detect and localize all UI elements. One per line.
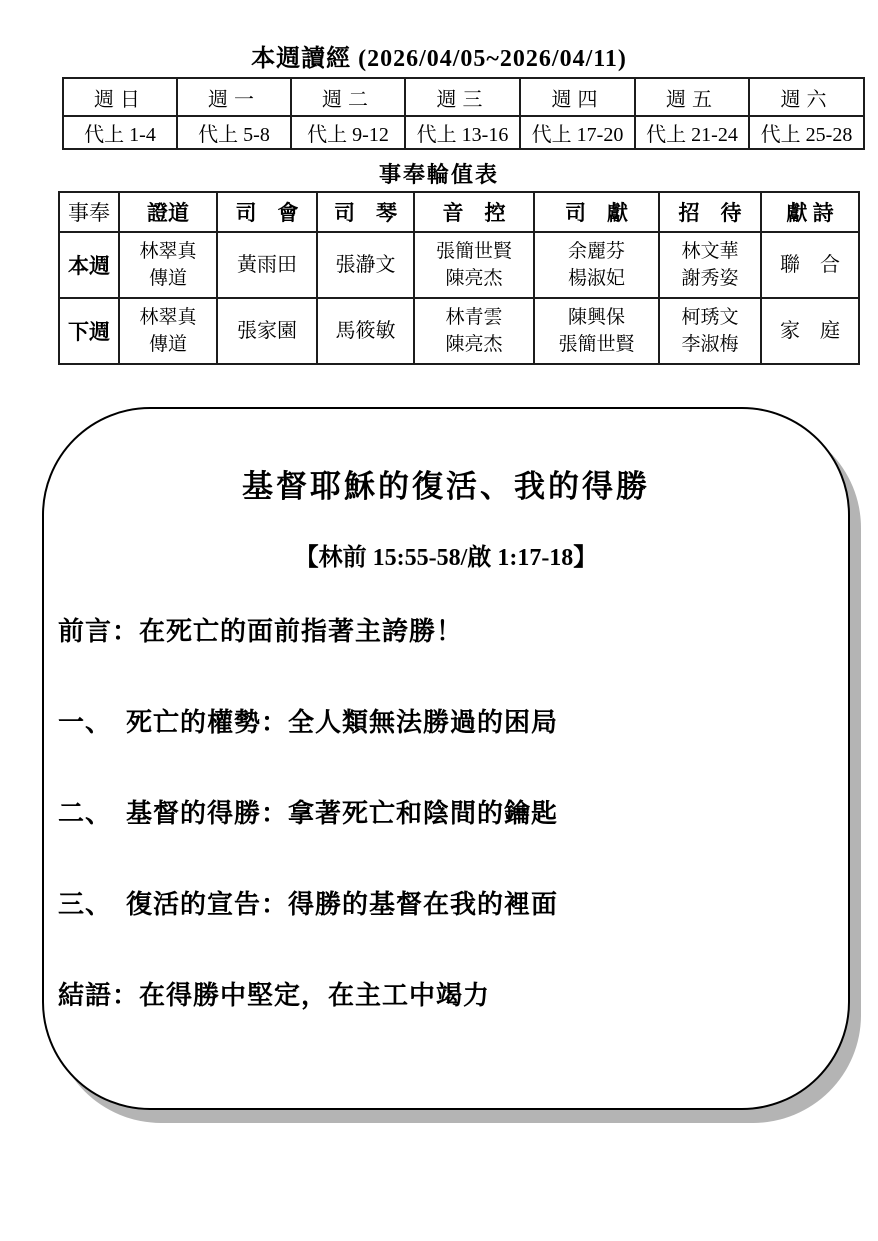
roster-name: 楊淑妃	[536, 265, 657, 292]
roster-col-header: 司 琴	[317, 192, 414, 232]
sermon-conclusion-line: 結語：在得勝中堅定，在主工中竭力	[58, 975, 818, 1012]
roster-name: 李淑梅	[661, 331, 759, 358]
roster-name: 林翠真	[121, 304, 215, 331]
sermon-scripture-reference: 【林前 15:55-58/啟 1:17-18】	[44, 537, 848, 572]
reading-passage: 代上 9-12	[291, 116, 405, 149]
roster-header-row: 事奉 證道 司 會 司 琴 音 控 司 獻 招 待 獻 詩	[59, 192, 859, 232]
roster-cell: 黃雨田	[217, 232, 317, 298]
roster-name: 聯 合	[763, 252, 857, 279]
roster-title: 事奉輪值表	[0, 158, 878, 189]
roster-name: 陳亮杰	[416, 331, 532, 358]
roster-name: 張家園	[219, 318, 315, 345]
sermon-point-3: 三、 復活的宣告：得勝的基督在我的裡面	[58, 884, 818, 921]
roster-name: 余麗芬	[536, 238, 657, 265]
roster-cell: 林青雲 陳亮杰	[414, 298, 534, 364]
roster-name: 家 庭	[763, 318, 857, 345]
roster-col-header: 招 待	[659, 192, 761, 232]
roster-corner-label: 事奉	[59, 192, 119, 232]
roster-row-label: 本週	[59, 232, 119, 298]
reading-day: 週五	[635, 78, 749, 116]
roster-col-header: 證道	[119, 192, 217, 232]
roster-name: 林青雲	[416, 304, 532, 331]
roster-table: 事奉 證道 司 會 司 琴 音 控 司 獻 招 待 獻 詩 本週 林翠真 傳道 …	[58, 191, 860, 365]
roster-cell: 林文華 謝秀姿	[659, 232, 761, 298]
roster-col-header: 獻 詩	[761, 192, 859, 232]
bulletin-page: 本週讀經 (2026/04/05~2026/04/11) 週日 週一 週二 週三…	[0, 0, 878, 1241]
roster-col-header: 司 會	[217, 192, 317, 232]
sermon-point-1: 一、 死亡的權勢：全人類無法勝過的困局	[58, 702, 818, 739]
roster-cell: 張簡世賢 陳亮杰	[414, 232, 534, 298]
reading-day: 週日	[63, 78, 177, 116]
roster-name: 張簡世賢	[416, 238, 532, 265]
roster-col-header: 音 控	[414, 192, 534, 232]
reading-passage: 代上 25-28	[749, 116, 864, 149]
reading-value-row: 代上 1-4 代上 5-8 代上 9-12 代上 13-16 代上 17-20 …	[63, 116, 864, 149]
sermon-outline-box: 基督耶穌的復活、我的得勝 【林前 15:55-58/啟 1:17-18】 前言：…	[42, 407, 850, 1110]
roster-name: 陳亮杰	[416, 265, 532, 292]
roster-cell: 家 庭	[761, 298, 859, 364]
roster-row-thisweek: 本週 林翠真 傳道 黃雨田 張瀞文 張簡世賢 陳亮杰 余麗芬 楊淑妃	[59, 232, 859, 298]
reading-passage: 代上 17-20	[520, 116, 635, 149]
roster-cell: 柯琇文 李淑梅	[659, 298, 761, 364]
roster-col-header: 司 獻	[534, 192, 659, 232]
reading-day: 週二	[291, 78, 405, 116]
reading-day: 週六	[749, 78, 864, 116]
reading-title: 本週讀經 (2026/04/05~2026/04/11)	[0, 38, 878, 73]
roster-cell: 張瀞文	[317, 232, 414, 298]
roster-name: 柯琇文	[661, 304, 759, 331]
sermon-intro-line: 前言：在死亡的面前指著主誇勝！	[58, 611, 818, 648]
roster-name: 林文華	[661, 238, 759, 265]
roster-name: 馬筱敏	[319, 318, 412, 345]
roster-name: 張瀞文	[319, 252, 412, 279]
roster-name: 張簡世賢	[536, 331, 657, 358]
reading-header-row: 週日 週一 週二 週三 週四 週五 週六	[63, 78, 864, 116]
reading-day: 週一	[177, 78, 291, 116]
sermon-title: 基督耶穌的復活、我的得勝	[44, 461, 848, 506]
roster-name: 謝秀姿	[661, 265, 759, 292]
roster-cell: 林翠真 傳道	[119, 232, 217, 298]
reading-day: 週四	[520, 78, 635, 116]
reading-passage: 代上 5-8	[177, 116, 291, 149]
reading-passage: 代上 21-24	[635, 116, 749, 149]
roster-cell: 陳興保 張簡世賢	[534, 298, 659, 364]
roster-name: 傳道	[121, 331, 215, 358]
roster-name: 黃雨田	[219, 252, 315, 279]
roster-cell: 馬筱敏	[317, 298, 414, 364]
roster-name: 傳道	[121, 265, 215, 292]
roster-name: 陳興保	[536, 304, 657, 331]
roster-cell: 余麗芬 楊淑妃	[534, 232, 659, 298]
roster-cell: 聯 合	[761, 232, 859, 298]
roster-row-nextweek: 下週 林翠真 傳道 張家園 馬筱敏 林青雲 陳亮杰 陳興保 張簡世賢	[59, 298, 859, 364]
roster-row-label: 下週	[59, 298, 119, 364]
reading-day: 週三	[405, 78, 520, 116]
roster-cell: 林翠真 傳道	[119, 298, 217, 364]
reading-passage: 代上 13-16	[405, 116, 520, 149]
reading-passage: 代上 1-4	[63, 116, 177, 149]
sermon-point-2: 二、 基督的得勝：拿著死亡和陰間的鑰匙	[58, 793, 818, 830]
roster-cell: 張家園	[217, 298, 317, 364]
reading-table: 週日 週一 週二 週三 週四 週五 週六 代上 1-4 代上 5-8 代上 9-…	[62, 77, 865, 150]
roster-name: 林翠真	[121, 238, 215, 265]
